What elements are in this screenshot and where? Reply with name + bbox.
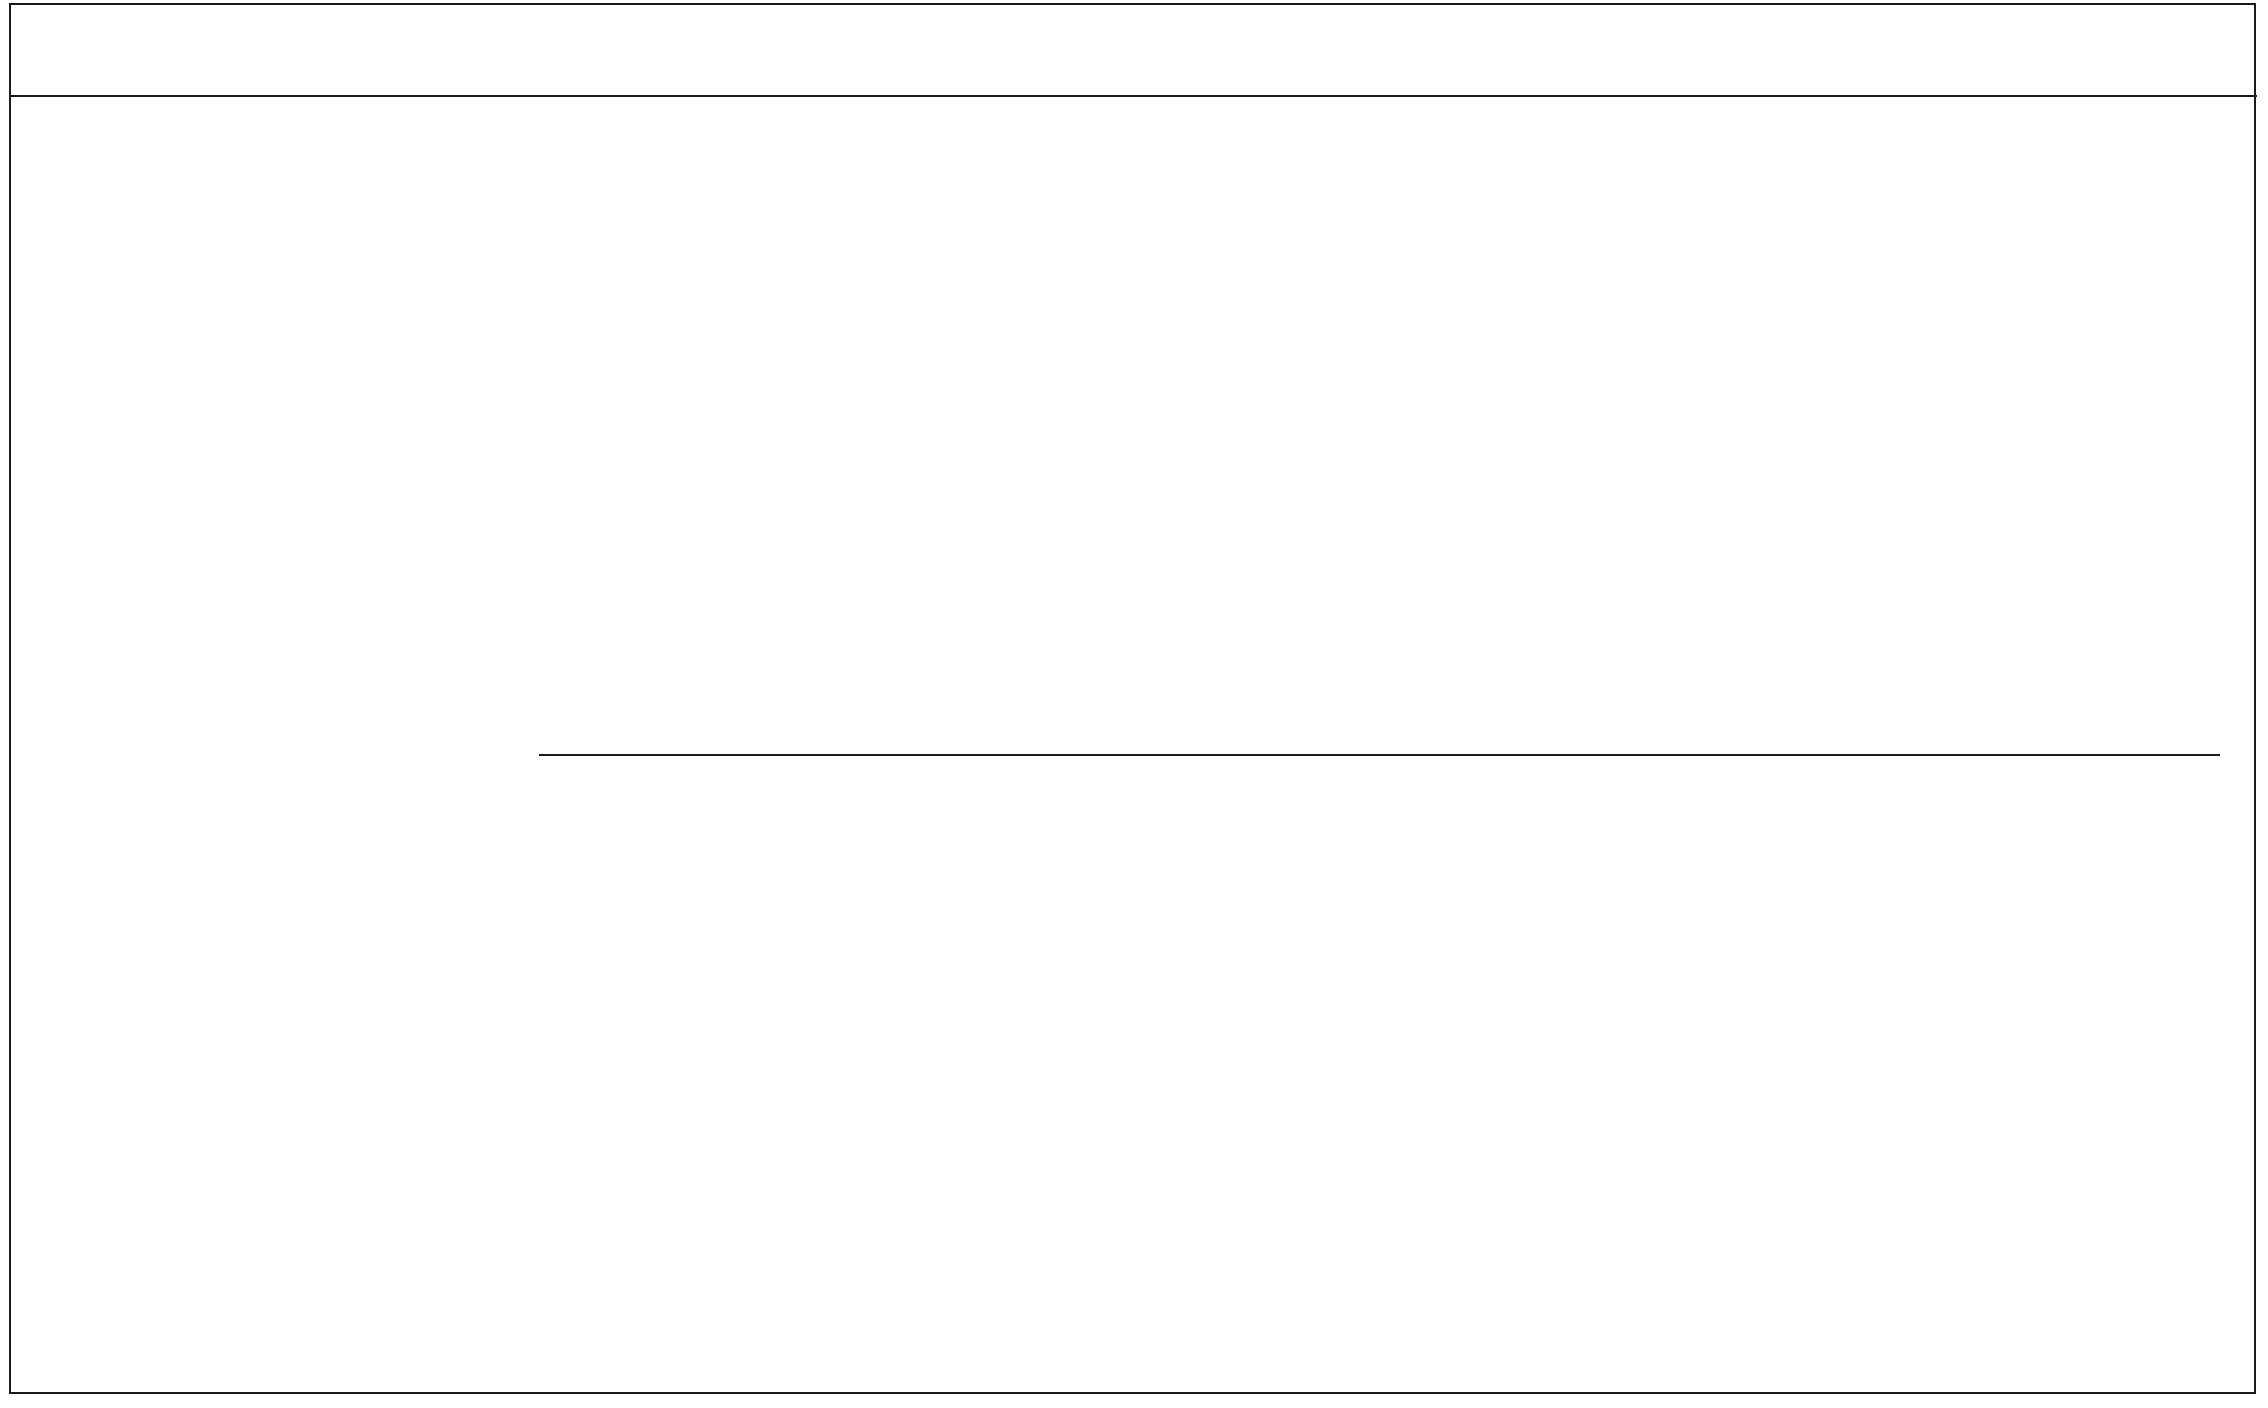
header-divider [9,95,2257,97]
document-frame [9,3,2256,1394]
meritos-divider [539,754,2220,756]
